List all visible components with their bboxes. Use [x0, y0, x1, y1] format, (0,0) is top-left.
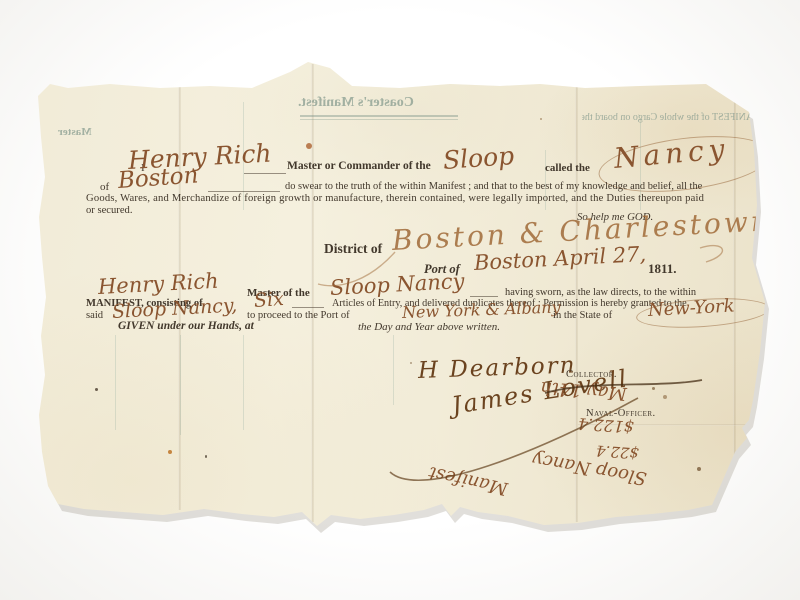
- permission-said-label: said: [86, 310, 103, 321]
- docket-title-inverted: Manifest: [427, 462, 510, 499]
- port-year: 1811.: [648, 261, 677, 277]
- bleed-column-line: [393, 335, 394, 405]
- foxing-spot: [757, 427, 760, 430]
- permission-destination-handwritten: New York & Albany: [402, 297, 561, 322]
- permission-state-label: in the State of: [553, 310, 612, 321]
- foxing-spot: [95, 388, 98, 391]
- foxing-spot: [697, 467, 701, 471]
- bleedthrough-cargo-text: MANIFEST of the whole Cargo on board the: [582, 112, 762, 123]
- district-label: District of: [324, 241, 382, 257]
- printed-blank-rule: [208, 191, 280, 192]
- foxing-spot: [168, 450, 172, 454]
- photo-stage: Coaster's Manifest. MANIFEST of the whol…: [0, 0, 800, 600]
- printed-blank-rule: [292, 307, 324, 308]
- oath-called-label: called the: [545, 162, 590, 174]
- bleed-column-line: [243, 335, 244, 430]
- bleed-column-line: [180, 335, 181, 435]
- permission-master-name-handwritten: Henry Rich: [97, 269, 219, 299]
- oath-home-port-handwritten: Boston: [117, 162, 199, 194]
- oath-secured-line: or secured.: [86, 205, 132, 216]
- foxing-spot: [410, 362, 412, 364]
- oath-swear-line: do swear to the truth of the within Mani…: [285, 181, 702, 192]
- fold-crease: [311, 64, 314, 522]
- oath-of-label: of: [100, 181, 109, 193]
- bleedthrough-master-text: Master: [58, 126, 92, 138]
- foxing-spot: [205, 455, 207, 458]
- day-year-label: the Day and Year above written.: [358, 321, 500, 333]
- foxing-spot: [540, 118, 542, 120]
- permission-sworn-line: having sworn, as the law directs, to the…: [505, 287, 696, 298]
- foxing-spot: [306, 143, 312, 149]
- printed-blank-rule: [244, 173, 286, 174]
- foxing-spot: [652, 387, 655, 390]
- printed-blank-rule: [470, 296, 498, 297]
- bleed-column-line: [115, 335, 116, 430]
- permission-vessel-handwritten: Sloop Nancy: [329, 269, 465, 300]
- docket-amount1-inverted: $122.4: [577, 414, 634, 437]
- foxing-spot: [663, 395, 667, 399]
- oath-commander-label: Master or Commander of the: [287, 160, 431, 172]
- bleedthrough-coasters-manifest-text: Coaster's Manifest.: [298, 95, 414, 111]
- bleedthrough-rule: [300, 115, 458, 120]
- permission-articles-count-handwritten: Six: [253, 288, 284, 312]
- permission-proceed-label: to proceed to the Port of: [247, 310, 350, 321]
- oath-goods-line: Goods, Wares, and Merchandize of foreign…: [86, 193, 704, 204]
- given-label: GIVEN under our Hands, at: [118, 320, 254, 332]
- manifest-document: Coaster's Manifest. MANIFEST of the whol…: [0, 0, 800, 600]
- oath-vessel-type-handwritten: Sloop: [442, 141, 515, 175]
